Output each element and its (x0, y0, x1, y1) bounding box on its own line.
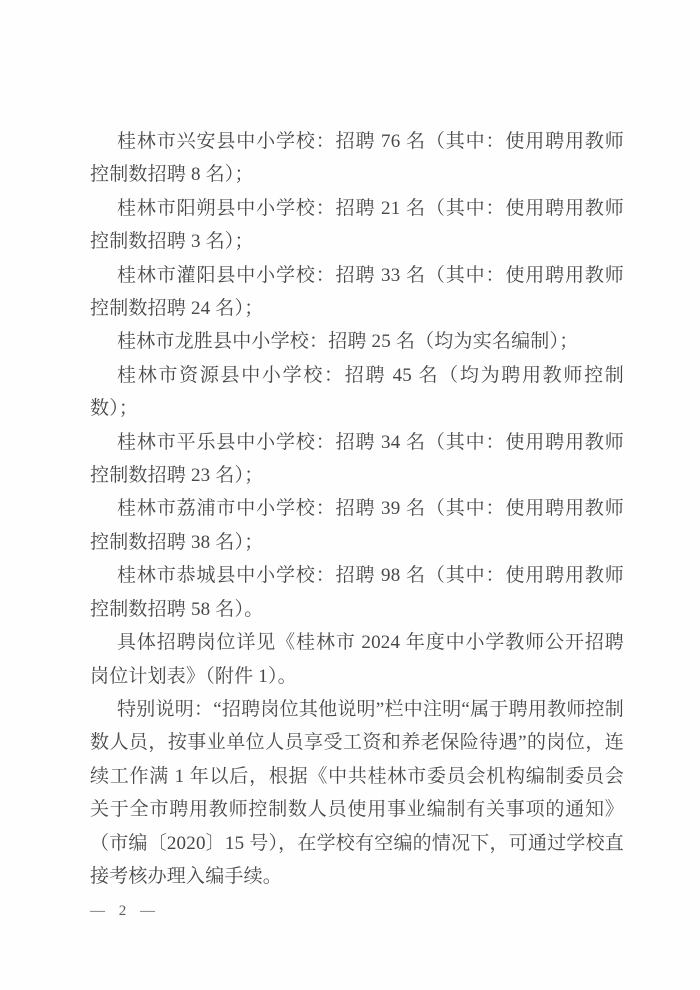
paragraph: 桂林市平乐县中小学校：招聘 34 名（其中：使用聘用教师控制数招聘 23 名）； (90, 426, 624, 493)
paragraph: 桂林市灌阳县中小学校：招聘 33 名（其中：使用聘用教师控制数招聘 24 名）； (90, 259, 624, 326)
document-body: 桂林市兴安县中小学校：招聘 76 名（其中：使用聘用教师控制数招聘 8 名）；桂… (90, 125, 624, 893)
paragraph: 具体招聘岗位详见《桂林市 2024 年度中小学教师公开招聘岗位计划表》（附件 1… (90, 626, 624, 693)
document-page: 桂林市兴安县中小学校：招聘 76 名（其中：使用聘用教师控制数招聘 8 名）；桂… (0, 0, 700, 990)
paragraph: 桂林市兴安县中小学校：招聘 76 名（其中：使用聘用教师控制数招聘 8 名）； (90, 125, 624, 192)
paragraph: 桂林市资源县中小学校：招聘 45 名（均为聘用教师控制数）； (90, 359, 624, 426)
page-number: — 2 — (90, 901, 160, 921)
paragraph: 桂林市龙胜县中小学校：招聘 25 名（均为实名编制）； (90, 325, 624, 358)
paragraph: 桂林市阳朔县中小学校：招聘 21 名（其中：使用聘用教师控制数招聘 3 名）； (90, 192, 624, 259)
paragraph: 特别说明：“招聘岗位其他说明”栏中注明“属于聘用教师控制数人员，按事业单位人员享… (90, 693, 624, 893)
paragraph: 桂林市荔浦市中小学校：招聘 39 名（其中：使用聘用教师控制数招聘 38 名）； (90, 492, 624, 559)
paragraph: 桂林市恭城县中小学校：招聘 98 名（其中：使用聘用教师控制数招聘 58 名）。 (90, 559, 624, 626)
